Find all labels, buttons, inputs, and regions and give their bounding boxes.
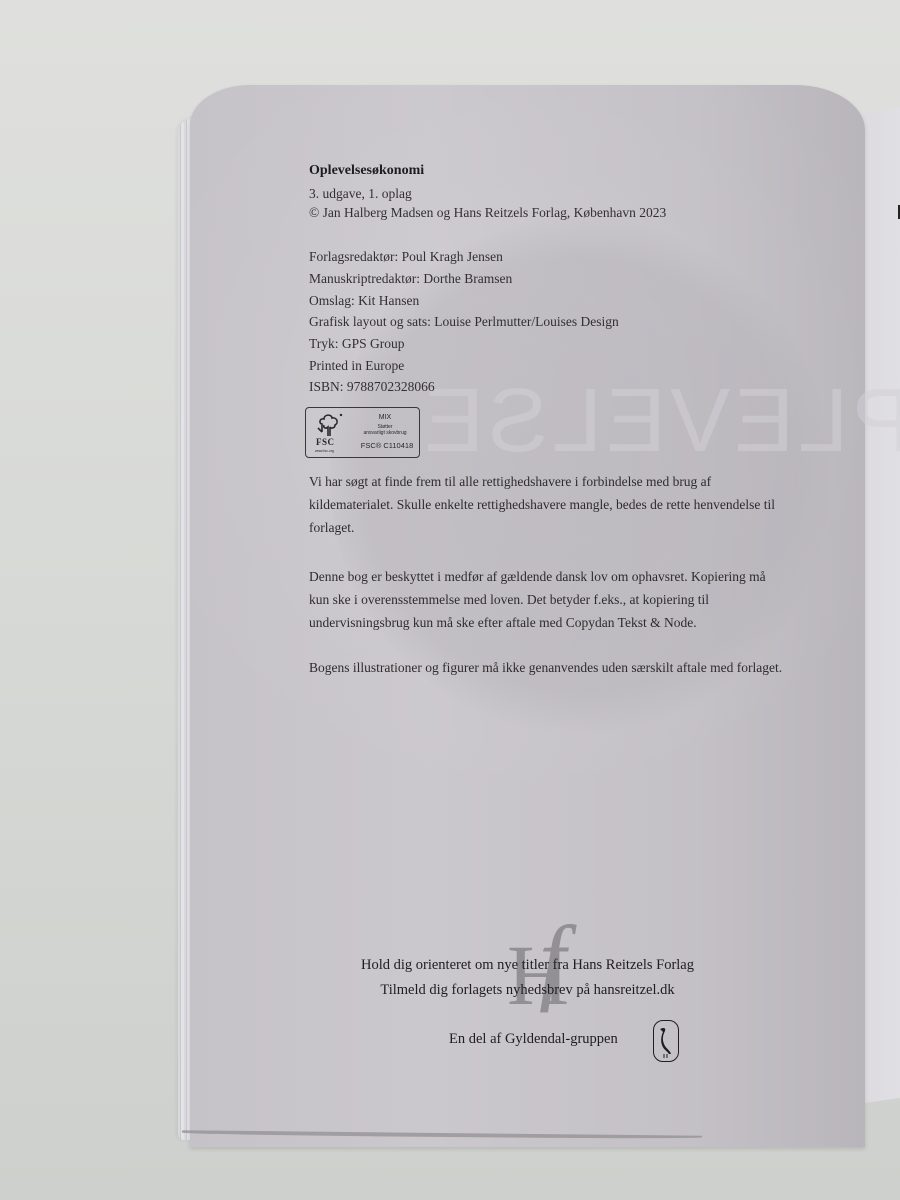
isbn: ISBN: 9788702328066	[309, 379, 435, 395]
fsc-mix: MIX	[356, 414, 414, 421]
credit-layout: Grafisk layout og sats: Louise Perlmutte…	[309, 314, 619, 330]
book-title: Oplevelsesøkonomi	[309, 163, 424, 179]
fsc-line2: ansvarligt skovbrug	[356, 430, 414, 436]
copyright-law-paragraph: Denne bog er beskyttet i medfør af gælde…	[309, 565, 789, 634]
credit-printed-in: Printed in Europe	[309, 358, 404, 374]
copyright: © Jan Halberg Madsen og Hans Reitzels Fo…	[309, 205, 666, 221]
fsc-label: FSC www.fsc.org MIX Støtter ansvarligt s…	[305, 407, 420, 458]
fsc-tree-icon	[313, 412, 345, 438]
credit-manuscript-editor: Manuskriptredaktør: Dorthe Bramsen	[309, 271, 512, 287]
newsletter-line-1: Hold dig orienteret om nye titler fra Ha…	[190, 957, 865, 974]
illustrations-paragraph: Bogens illustrationer og figurer må ikke…	[309, 656, 789, 679]
photo-scene: OPLEVELSE Oplevelsesøkonomi 3. udgave, 1…	[0, 0, 900, 1200]
fsc-code: FSC® C110418	[356, 441, 418, 450]
rights-holders-paragraph: Vi har søgt at finde frem til alle retti…	[309, 470, 789, 539]
edition: 3. udgave, 1. oplag	[309, 186, 412, 202]
heron-icon	[653, 1020, 679, 1062]
show-through-text: OPLEVELSE	[420, 370, 900, 473]
newsletter-line-2: Tilmeld dig forlagets nyhedsbrev på hans…	[190, 982, 865, 999]
fsc-url: www.fsc.org	[315, 449, 334, 453]
credit-cover: Omslag: Kit Hansen	[309, 293, 419, 309]
gyldendal-group-text: En del af Gyldendal-gruppen	[449, 1031, 618, 1048]
credit-print: Tryk: GPS Group	[309, 336, 405, 352]
fsc-brand: FSC	[316, 437, 335, 447]
credit-editor: Forlagsredaktør: Poul Kragh Jensen	[309, 249, 503, 265]
